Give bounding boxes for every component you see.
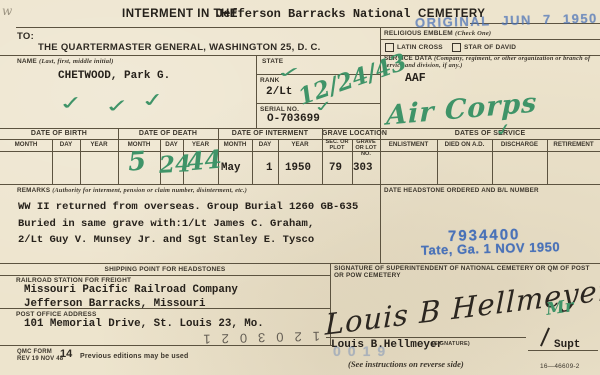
title-abbr-value: Supt: [554, 339, 580, 351]
print-code: 16—46609-2: [540, 363, 580, 370]
remarks-label-paren: (Authority for interment, pension or cla…: [52, 187, 247, 194]
remarks-label: REMARKS (Authority for interment, pensio…: [17, 187, 247, 194]
religious-emblem-label: RELIGIOUS EMBLEM: [384, 30, 453, 37]
service-data-label: SERVICE DATA (Company, regiment, or othe…: [384, 55, 596, 69]
death-year-value: 44: [186, 145, 223, 177]
birth-month-label: MONTH: [0, 142, 52, 149]
checkmark-icon: ✓: [103, 97, 131, 116]
discharge-label: DISCHARGE: [492, 142, 547, 149]
sec-or-plot-label: SEC. OR PLOT: [322, 140, 352, 152]
star-of-david-label: STAR OF DAVID: [464, 44, 516, 51]
death-day-label: DAY: [160, 142, 183, 149]
addressee: THE QUARTERMASTER GENERAL, WASHINGTON 25…: [38, 42, 321, 53]
remarks-text-line: Buried in same grave with:1/Lt James C. …: [18, 218, 314, 230]
headstone-date-stamp: Tate, Ga. 1 NOV 1950: [421, 239, 560, 258]
railroad-value-line: Jefferson Barracks, Missouri: [24, 298, 205, 310]
rule-line: [0, 151, 600, 152]
name-value: CHETWOOD, Park G.: [58, 70, 170, 82]
death-column-header: DATE OF DEATH: [118, 130, 218, 138]
interment-form: w INTERMENT IN THE Jefferson Barracks Na…: [0, 0, 600, 375]
interment-year-value: 1950: [285, 162, 311, 174]
interment-day-value: 1: [266, 162, 272, 174]
latin-cross-label: LATIN CROSS: [397, 44, 443, 51]
headstone-box-label: DATE HEADSTONE ORDERED AND B/L NUMBER: [384, 187, 539, 194]
died-on-ad-label: DIED ON A.D.: [437, 142, 492, 149]
shipping-header: SHIPPING POINT FOR HEADSTONES: [0, 266, 330, 273]
remarks-text-line: WW II returned from overseas. Group Buri…: [18, 201, 358, 213]
name-label: NAME (Last, first, middle initial): [17, 58, 114, 65]
reverse-note: (See instructions on reverse side): [348, 359, 464, 369]
rule-line: [0, 139, 600, 140]
interment-month-value: May: [221, 162, 240, 174]
interment-year-label: YEAR: [278, 142, 322, 149]
form-number: 14: [60, 348, 72, 360]
form-id-line1: QMC FORM: [17, 349, 52, 356]
supervisor-initials: Mr: [545, 296, 575, 320]
to-label: TO:: [17, 31, 34, 42]
retirement-label: RETIREMENT: [547, 142, 600, 149]
enlistment-label: ENLISTMENT: [380, 142, 437, 149]
footer-note: Previous editions may be used: [80, 353, 189, 361]
interment-month-label: MONTH: [218, 142, 252, 149]
death-month-value: 5: [127, 146, 147, 177]
column-divider: [256, 55, 257, 128]
service-branch-handwritten: Air Corps: [386, 87, 538, 131]
rule-line: [0, 275, 330, 276]
rule-line: [16, 27, 468, 28]
remarks-text-line: 2/Lt Guy V. Munsey Jr. and Sgt Stanley E…: [18, 234, 314, 246]
form-id-line2: REV 19 NOV 48: [17, 356, 63, 363]
religious-emblem-paren: (Check One): [455, 30, 491, 37]
pencil-corner-mark: w: [2, 4, 12, 18]
cemetery-name-typed: Jefferson Barracks National: [216, 7, 410, 21]
grave-column-header: GRAVE LOCATION: [322, 130, 380, 138]
grave-or-lot-label: GRAVE OR LOT NO.: [352, 140, 380, 158]
checkmark-icon: ✓: [274, 66, 305, 81]
interment-day-label: DAY: [252, 142, 278, 149]
rule-line: [0, 263, 600, 264]
signature-caption: (SIGNATURE): [432, 341, 470, 347]
faint-stamp-digits: 0019: [333, 343, 392, 359]
interment-column-header: DATE OF INTERMENT: [218, 130, 322, 138]
post-office-value: 101 Memorial Drive, St. Louis 23, Mo.: [24, 318, 264, 330]
service-dates-header: DATES OF SERVICE: [380, 130, 600, 138]
signature-slash-stroke: [540, 327, 550, 346]
name-label-paren: (Last, first, middle initial): [39, 58, 114, 65]
serial-value: O-703699: [267, 113, 320, 125]
birth-year-label: YEAR: [80, 142, 118, 149]
grave-plot-value: 79: [329, 162, 342, 174]
birth-column-header: DATE OF BIRTH: [0, 130, 118, 138]
birth-day-label: DAY: [52, 142, 80, 149]
remarks-label-main: REMARKS: [17, 187, 50, 194]
grave-lot-value: 303: [353, 162, 372, 174]
rule-line: [0, 184, 600, 185]
name-label-main: NAME: [17, 58, 37, 65]
star-of-david-checkbox: [452, 43, 461, 52]
signature-header: SIGNATURE OF SUPERINTENDENT OF NATIONAL …: [334, 265, 592, 280]
checkmark-icon: ✓: [57, 94, 87, 114]
checkmark-icon: ✓: [138, 91, 169, 112]
religious-emblem-header: RELIGIOUS EMBLEM (Check One): [384, 30, 491, 37]
railroad-value-line: Missouri Pacific Railroad Company: [24, 284, 238, 296]
rule-line: [380, 39, 600, 40]
rank-value: 2/Lt: [266, 86, 292, 98]
